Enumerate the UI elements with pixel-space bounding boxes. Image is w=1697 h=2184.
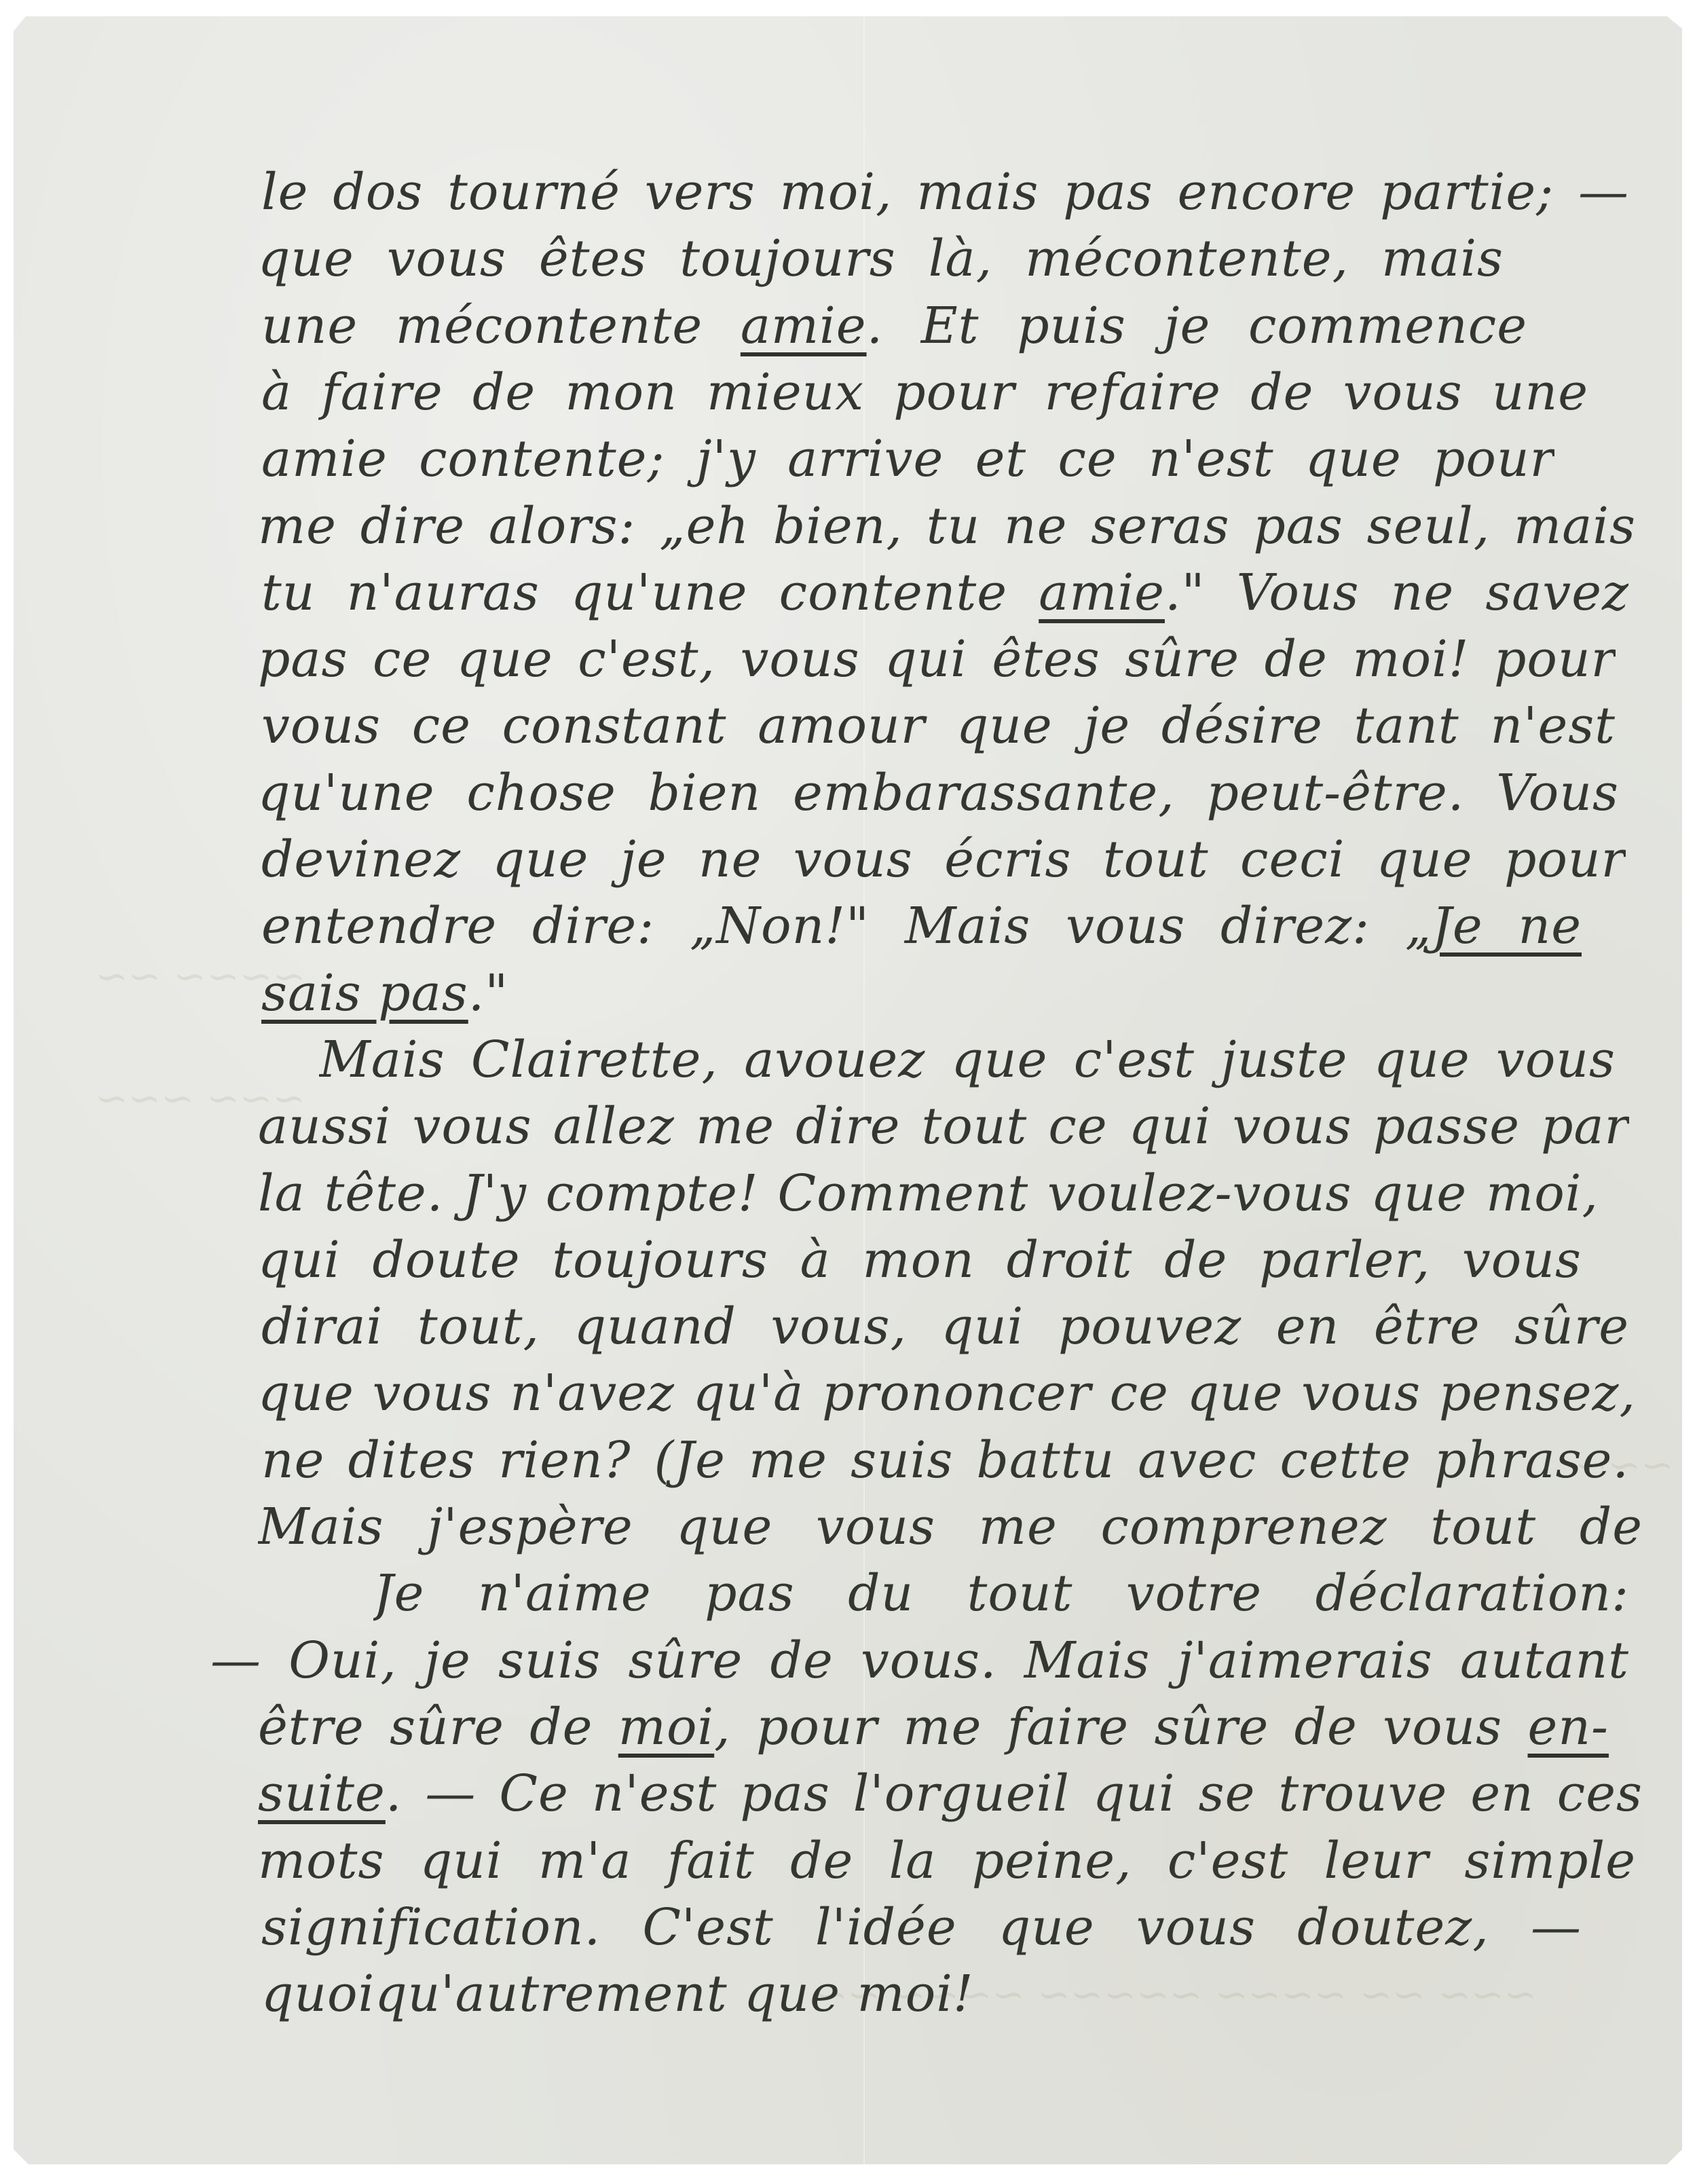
- letter-line: qu'une chose bien embarassante, peut-êtr…: [258, 760, 1619, 826]
- letter-line: suite. — Ce n'est pas l'orgueil qui se t…: [258, 1760, 1643, 1827]
- text-run: la tête. J'y compte! Comment voulez-vous…: [258, 1164, 1599, 1223]
- letter-line: me dire alors: „eh bien, tu ne seras pas…: [258, 493, 1636, 559]
- text-run: me dire alors: „eh bien, tu ne seras pas…: [258, 497, 1636, 555]
- letter-line: Mais Clairette, avouez que c'est juste q…: [319, 1026, 1616, 1093]
- text-run: . Et puis je commence: [867, 297, 1527, 355]
- letter-line: à faire de mon mieux pour refaire de vou…: [261, 359, 1588, 426]
- underlined-word: amie: [1039, 563, 1165, 622]
- letter-line: pas ce que c'est, vous qui êtes sûre de …: [258, 626, 1616, 692]
- letter-line: entendre dire: „Non!" Mais vous direz: „…: [261, 893, 1582, 959]
- text-run: être sûre de: [258, 1698, 618, 1756]
- text-run: amie contente; j'y arrive et ce n'est qu…: [261, 430, 1554, 488]
- text-run: le dos tourné vers moi, mais pas encore …: [261, 163, 1629, 221]
- text-run: devinez que je ne vous écris tout ceci q…: [261, 830, 1626, 893]
- letter-line: dirai tout, quand vous, qui pouvez en êt…: [261, 1293, 1629, 1360]
- letter-line: Mais j'espère que vous me comprenez tout…: [258, 1494, 1643, 1560]
- letter-line: devinez que je ne vous écris tout ceci q…: [261, 826, 1626, 893]
- text-run: dirai tout, quand vous, qui pouvez en êt…: [261, 1297, 1629, 1356]
- underlined-word: suite: [258, 1764, 386, 1823]
- letter-line: qui doute toujours à mon droit de parler…: [258, 1227, 1582, 1293]
- letter-line: tu n'auras qu'une contente amie." Vous n…: [261, 559, 1629, 626]
- letter-line: une mécontente amie. Et puis je commence: [261, 293, 1527, 359]
- text-run: — Oui, je suis sûre de vous. Mais j'aime…: [210, 1631, 1629, 1690]
- text-run: Je n'aime pas du tout votre déclaration:: [373, 1564, 1629, 1623]
- letter-line: être sûre de moi, pour me faire sûre de …: [258, 1694, 1609, 1760]
- underlined-word: amie: [741, 297, 867, 355]
- text-run: que vous n'avez qu'à prononcer ce que vo…: [258, 1364, 1636, 1422]
- text-run: une mécontente: [261, 297, 741, 355]
- text-run: .": [468, 964, 509, 1022]
- text-run: pas ce que c'est, vous qui êtes sûre de …: [258, 630, 1616, 688]
- letter-line: que vous êtes toujours là, mécontente, m…: [258, 225, 1504, 292]
- text-run: signification. C'est l'idée que vous dou…: [261, 1898, 1582, 1957]
- letter-line: — Oui, je suis sûre de vous. Mais j'aime…: [210, 1627, 1629, 1694]
- letter-line: mots qui m'a fait de la peine, c'est leu…: [258, 1828, 1636, 1894]
- underlined-word: en-: [1528, 1698, 1609, 1756]
- text-run: ." Vous ne savez: [1165, 563, 1629, 622]
- text-run: . — Ce n'est pas l'orgueil qui se trouve…: [386, 1764, 1643, 1823]
- letter-line: vous ce constant amour que je désire tan…: [261, 692, 1616, 759]
- text-run: entendre dire: „Non!" Mais vous direz: „: [261, 897, 1432, 955]
- text-run: Mais Clairette, avouez que c'est juste q…: [319, 1031, 1616, 1089]
- text-run: que vous êtes toujours là, mécontente, m…: [258, 229, 1504, 288]
- letter-line: sais pas.": [261, 960, 508, 1026]
- text-run: Mais j'espère que vous me comprenez tout…: [258, 1498, 1643, 1560]
- text-run: qui doute toujours à mon droit de parler…: [258, 1231, 1582, 1289]
- text-run: mots qui m'a fait de la peine, c'est leu…: [258, 1832, 1636, 1890]
- letter-line: Je n'aime pas du tout votre déclaration:: [373, 1560, 1629, 1627]
- text-run: , pour me faire sûre de vous: [714, 1698, 1527, 1756]
- text-run: qu'une chose bien embarassante, peut-êtr…: [258, 764, 1619, 822]
- text-run: ne dites rien? (Je me suis battu avec ce…: [261, 1431, 1629, 1489]
- letter-line: que vous n'avez qu'à prononcer ce que vo…: [258, 1360, 1636, 1426]
- letter-line: ne dites rien? (Je me suis battu avec ce…: [261, 1427, 1629, 1494]
- text-run: à faire de mon mieux pour refaire de vou…: [261, 363, 1588, 422]
- text-run: vous ce constant amour que je désire tan…: [261, 697, 1616, 755]
- letter-line: quoiqu'autrement que moi!: [261, 1961, 974, 2027]
- underlined-word: sais pas: [261, 964, 468, 1022]
- letter-line: le dos tourné vers moi, mais pas encore …: [261, 159, 1629, 225]
- text-run: tu n'auras qu'une contente: [261, 563, 1039, 622]
- letter-line: aussi vous allez me dire tout ce qui vou…: [258, 1093, 1629, 1160]
- letter-line: la tête. J'y compte! Comment voulez-vous…: [258, 1160, 1599, 1227]
- letter-line: signification. C'est l'idée que vous dou…: [261, 1894, 1582, 1961]
- letter-line: amie contente; j'y arrive et ce n'est qu…: [261, 426, 1554, 492]
- text-run: aussi vous allez me dire tout ce qui vou…: [258, 1097, 1629, 1155]
- text-run: quoiqu'autrement que moi!: [261, 1965, 974, 2023]
- underlined-word: moi: [618, 1698, 714, 1756]
- underlined-word: Je ne: [1432, 897, 1582, 955]
